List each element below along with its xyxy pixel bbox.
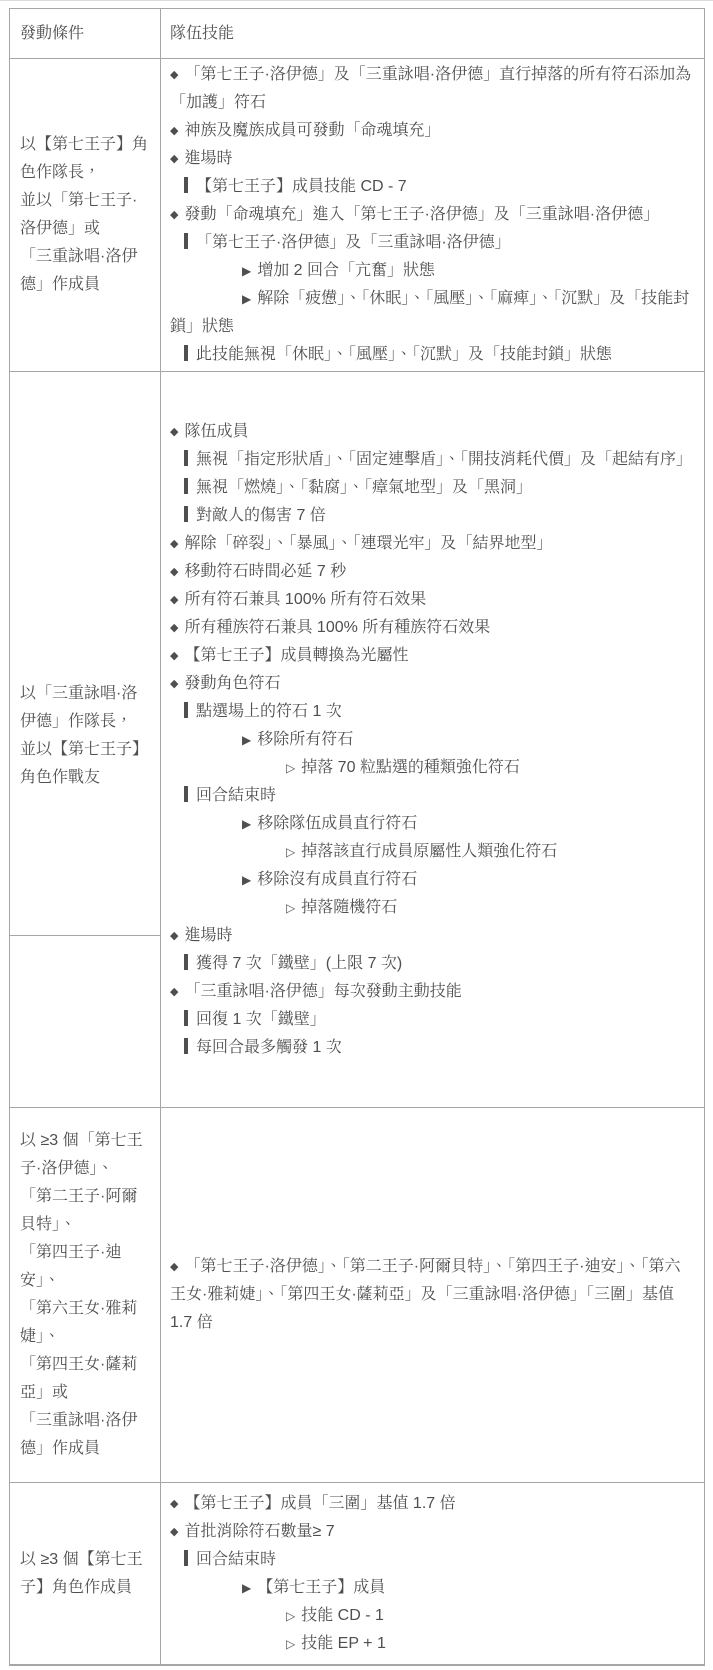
condition-cell: 以 ≥3 個「第七王子·洛伊德」、「第二王子·阿爾貝特」、「第四王子·迪安」、「…	[10, 1108, 160, 1482]
skill-line: ◆「第七王子·洛伊德」及「三重詠唱·洛伊德」直行掉落的所有符石添加為「加護」符石	[170, 61, 695, 117]
open-triangle-bullet-icon: ▷	[228, 894, 295, 922]
condition-text: 「第四王子·迪安」、	[20, 1239, 150, 1295]
bar-bullet-icon	[184, 702, 188, 718]
skill-line: ▶增加 2 回合「亢奮」狀態	[170, 257, 695, 285]
skill-line: 對敵人的傷害 7 倍	[170, 502, 695, 530]
diamond-bullet-icon: ◆	[170, 1253, 178, 1281]
skill-line: 無視「燃燒」、「黏腐」、「瘴氣地型」及「黑洞」	[170, 474, 695, 502]
triangle-bullet-icon: ▶	[206, 1574, 251, 1602]
diamond-bullet-icon: ◆	[170, 978, 178, 1006]
table-row: 以【第七王子】角色作隊長，並以「第七王子·洛伊德」或「三重詠唱·洛伊德」作成員◆…	[10, 58, 704, 371]
condition-text: 「三重詠唱·洛伊德」作成員	[20, 243, 150, 299]
skill-line: 此技能無視「休眠」、「風壓」、「沉默」及「技能封鎖」狀態	[170, 341, 695, 369]
bar-bullet-icon	[184, 786, 188, 802]
bar-bullet-icon	[184, 1010, 188, 1026]
page-top-edge-line	[0, 0, 713, 1]
skill-line: ▷掉落 70 粒點選的種類強化符石	[170, 754, 695, 782]
wiki-page: { "page": { "background": "#ffffff", "te…	[0, 0, 713, 1670]
diamond-bullet-icon: ◆	[170, 201, 178, 229]
column-header-skill-label: 隊伍技能	[170, 20, 695, 48]
skill-line: ◆隊伍成員	[170, 418, 695, 446]
open-triangle-bullet-icon: ▷	[228, 754, 295, 782]
bar-bullet-icon	[184, 233, 188, 249]
condition-text: 以 ≥3 個【第七王子】角色作成員	[20, 1546, 150, 1602]
bar-bullet-icon	[184, 177, 188, 193]
condition-text: 「三重詠唱·洛伊德」作成員	[20, 1407, 150, 1463]
column-header-skill: 隊伍技能	[161, 9, 704, 58]
team-skill-table: 發動條件 隊伍技能 以【第七王子】角色作隊長，並以「第七王子·洛伊德」或「三重詠…	[9, 8, 705, 1666]
condition-text: 以「三重詠唱·洛伊德」作隊長，	[20, 680, 150, 736]
bar-bullet-icon	[184, 1550, 188, 1566]
skill-line: ◆進場時	[170, 922, 695, 950]
condition-column: 以【第七王子】角色作隊長，並以「第七王子·洛伊德」或「三重詠唱·洛伊德」作成員	[10, 59, 161, 371]
diamond-bullet-icon: ◆	[170, 145, 178, 173]
condition-text: 「第二王子·阿爾貝特」、	[20, 1183, 150, 1239]
skill-cell: ◆隊伍成員無視「指定形狀盾」、「固定連擊盾」、「開技消耗代價」及「起結有序」無視…	[161, 372, 704, 1107]
condition-column: 以 ≥3 個【第七王子】角色作成員	[10, 1483, 161, 1664]
condition-text: 以【第七王子】角色作隊長，	[20, 131, 150, 187]
skill-line: ◆發動角色符石	[170, 670, 695, 698]
skill-cell: ◆「第七王子·洛伊德」、「第二王子·阿爾貝特」、「第四王子·迪安」、「第六王女·…	[161, 1108, 704, 1482]
condition-column: 以 ≥3 個「第七王子·洛伊德」、「第二王子·阿爾貝特」、「第四王子·迪安」、「…	[10, 1108, 161, 1482]
bar-bullet-icon	[184, 954, 188, 970]
skill-line: ◆所有種族符石兼具 100% 所有種族符石效果	[170, 614, 695, 642]
skill-line: ◆「三重詠唱·洛伊德」每次發動主動技能	[170, 978, 695, 1006]
open-triangle-bullet-icon: ▷	[228, 1602, 295, 1630]
condition-text: 「第四王女·薩莉亞」或	[20, 1351, 150, 1407]
diamond-bullet-icon: ◆	[170, 530, 178, 558]
skill-line: ◆神族及魔族成員可發動「命魂填充」	[170, 117, 695, 145]
skill-line: ◆【第七王子】成員轉換為光屬性	[170, 642, 695, 670]
skill-line: 獲得 7 次「鐵壁」(上限 7 次)	[170, 950, 695, 978]
bar-bullet-icon	[184, 345, 188, 361]
table-row: 以 ≥3 個「第七王子·洛伊德」、「第二王子·阿爾貝特」、「第四王子·迪安」、「…	[10, 1107, 704, 1482]
diamond-bullet-icon: ◆	[170, 61, 178, 89]
diamond-bullet-icon: ◆	[170, 117, 178, 145]
condition-text: 並以【第七王子】角色作戰友	[20, 736, 150, 792]
skill-line: ▷掉落隨機符石	[170, 894, 695, 922]
skill-line: 每回合最多觸發 1 次	[170, 1034, 695, 1062]
condition-cell: 以「三重詠唱·洛伊德」作隊長，並以【第七王子】角色作戰友	[10, 372, 160, 935]
skill-line: 回合結束時	[170, 1546, 695, 1574]
header-condition-col: 發動條件	[10, 9, 161, 58]
column-header-condition-label: 發動條件	[20, 20, 150, 48]
open-triangle-bullet-icon: ▷	[228, 838, 295, 866]
condition-cell: 以 ≥3 個【第七王子】角色作成員	[10, 1483, 160, 1664]
skill-line: ◆發動「命魂填充」進入「第七王子·洛伊德」及「三重詠唱·洛伊德」	[170, 201, 695, 229]
skill-line: 【第七王子】成員技能 CD - 7	[170, 173, 695, 201]
bar-bullet-icon	[184, 450, 188, 466]
skill-line: ▶移除沒有成員直行符石	[170, 866, 695, 894]
condition-text: 以 ≥3 個「第七王子·洛伊德」、	[20, 1127, 150, 1183]
bar-bullet-icon	[184, 506, 188, 522]
diamond-bullet-icon: ◆	[170, 1490, 178, 1518]
diamond-bullet-icon: ◆	[170, 558, 178, 586]
bar-bullet-icon	[184, 478, 188, 494]
skill-line: ◆「第七王子·洛伊德」、「第二王子·阿爾貝特」、「第四王子·迪安」、「第六王女·…	[170, 1253, 695, 1337]
table-row: 以 ≥3 個【第七王子】角色作成員◆【第七王子】成員「三圍」基值 1.7 倍◆首…	[10, 1482, 704, 1664]
open-triangle-bullet-icon: ▷	[228, 1630, 295, 1658]
skill-line: ▶移除所有符石	[170, 726, 695, 754]
skill-line: ▶解除「疲憊」、「休眠」、「風壓」、「麻痺」、「沉默」及「技能封鎖」狀態	[170, 285, 695, 341]
triangle-bullet-icon: ▶	[206, 257, 251, 285]
skill-line: 點選場上的符石 1 次	[170, 698, 695, 726]
triangle-bullet-icon: ▶	[206, 726, 251, 754]
table-row: 以「三重詠唱·洛伊德」作隊長，並以【第七王子】角色作戰友◆隊伍成員無視「指定形狀…	[10, 371, 704, 1107]
triangle-bullet-icon: ▶	[206, 810, 251, 838]
skill-line: ▶【第七王子】成員	[170, 1574, 695, 1602]
skill-line: ▷掉落該直行成員原屬性人類強化符石	[170, 838, 695, 866]
skill-cell: ◆「第七王子·洛伊德」及「三重詠唱·洛伊德」直行掉落的所有符石添加為「加護」符石…	[161, 59, 704, 371]
skill-line: ◆解除「碎裂」、「暴風」、「連環光牢」及「結界地型」	[170, 530, 695, 558]
skill-line: 回復 1 次「鐵壁」	[170, 1006, 695, 1034]
skill-line: ◆移動符石時間必延 7 秒	[170, 558, 695, 586]
skill-line: ◆【第七王子】成員「三圍」基值 1.7 倍	[170, 1490, 695, 1518]
skill-line: 無視「指定形狀盾」、「固定連擊盾」、「開技消耗代價」及「起結有序」	[170, 446, 695, 474]
triangle-bullet-icon: ▶	[206, 866, 251, 894]
condition-cell: 以【第七王子】角色作隊長，並以「第七王子·洛伊德」或「三重詠唱·洛伊德」作成員	[10, 59, 160, 371]
skill-line: 「第七王子·洛伊德」及「三重詠唱·洛伊德」	[170, 229, 695, 257]
skill-line: ▶移除隊伍成員直行符石	[170, 810, 695, 838]
skill-line: ◆首批消除符石數量≥ 7	[170, 1518, 695, 1546]
condition-text: 「第六王女·雅莉婕」、	[20, 1295, 150, 1351]
skill-line: ▷技能 EP + 1	[170, 1630, 695, 1658]
column-header-condition: 發動條件	[10, 9, 160, 58]
diamond-bullet-icon: ◆	[170, 614, 178, 642]
diamond-bullet-icon: ◆	[170, 922, 178, 950]
skill-line: ◆進場時	[170, 145, 695, 173]
skill-line: 回合結束時	[170, 782, 695, 810]
condition-column: 以「三重詠唱·洛伊德」作隊長，並以【第七王子】角色作戰友	[10, 372, 161, 1107]
triangle-bullet-icon: ▶	[206, 285, 251, 313]
table-header-row: 發動條件 隊伍技能	[10, 9, 704, 58]
diamond-bullet-icon: ◆	[170, 670, 178, 698]
skill-cell: ◆【第七王子】成員「三圍」基值 1.7 倍◆首批消除符石數量≥ 7回合結束時▶【…	[161, 1483, 704, 1664]
diamond-bullet-icon: ◆	[170, 642, 178, 670]
diamond-bullet-icon: ◆	[170, 1518, 178, 1546]
skill-line: ▷技能 CD - 1	[170, 1602, 695, 1630]
diamond-bullet-icon: ◆	[170, 586, 178, 614]
skill-line: ◆所有符石兼具 100% 所有符石效果	[170, 586, 695, 614]
empty-condition-subcell	[10, 935, 160, 1107]
diamond-bullet-icon: ◆	[170, 418, 178, 446]
condition-text: 並以「第七王子·洛伊德」或	[20, 187, 150, 243]
bar-bullet-icon	[184, 1038, 188, 1054]
